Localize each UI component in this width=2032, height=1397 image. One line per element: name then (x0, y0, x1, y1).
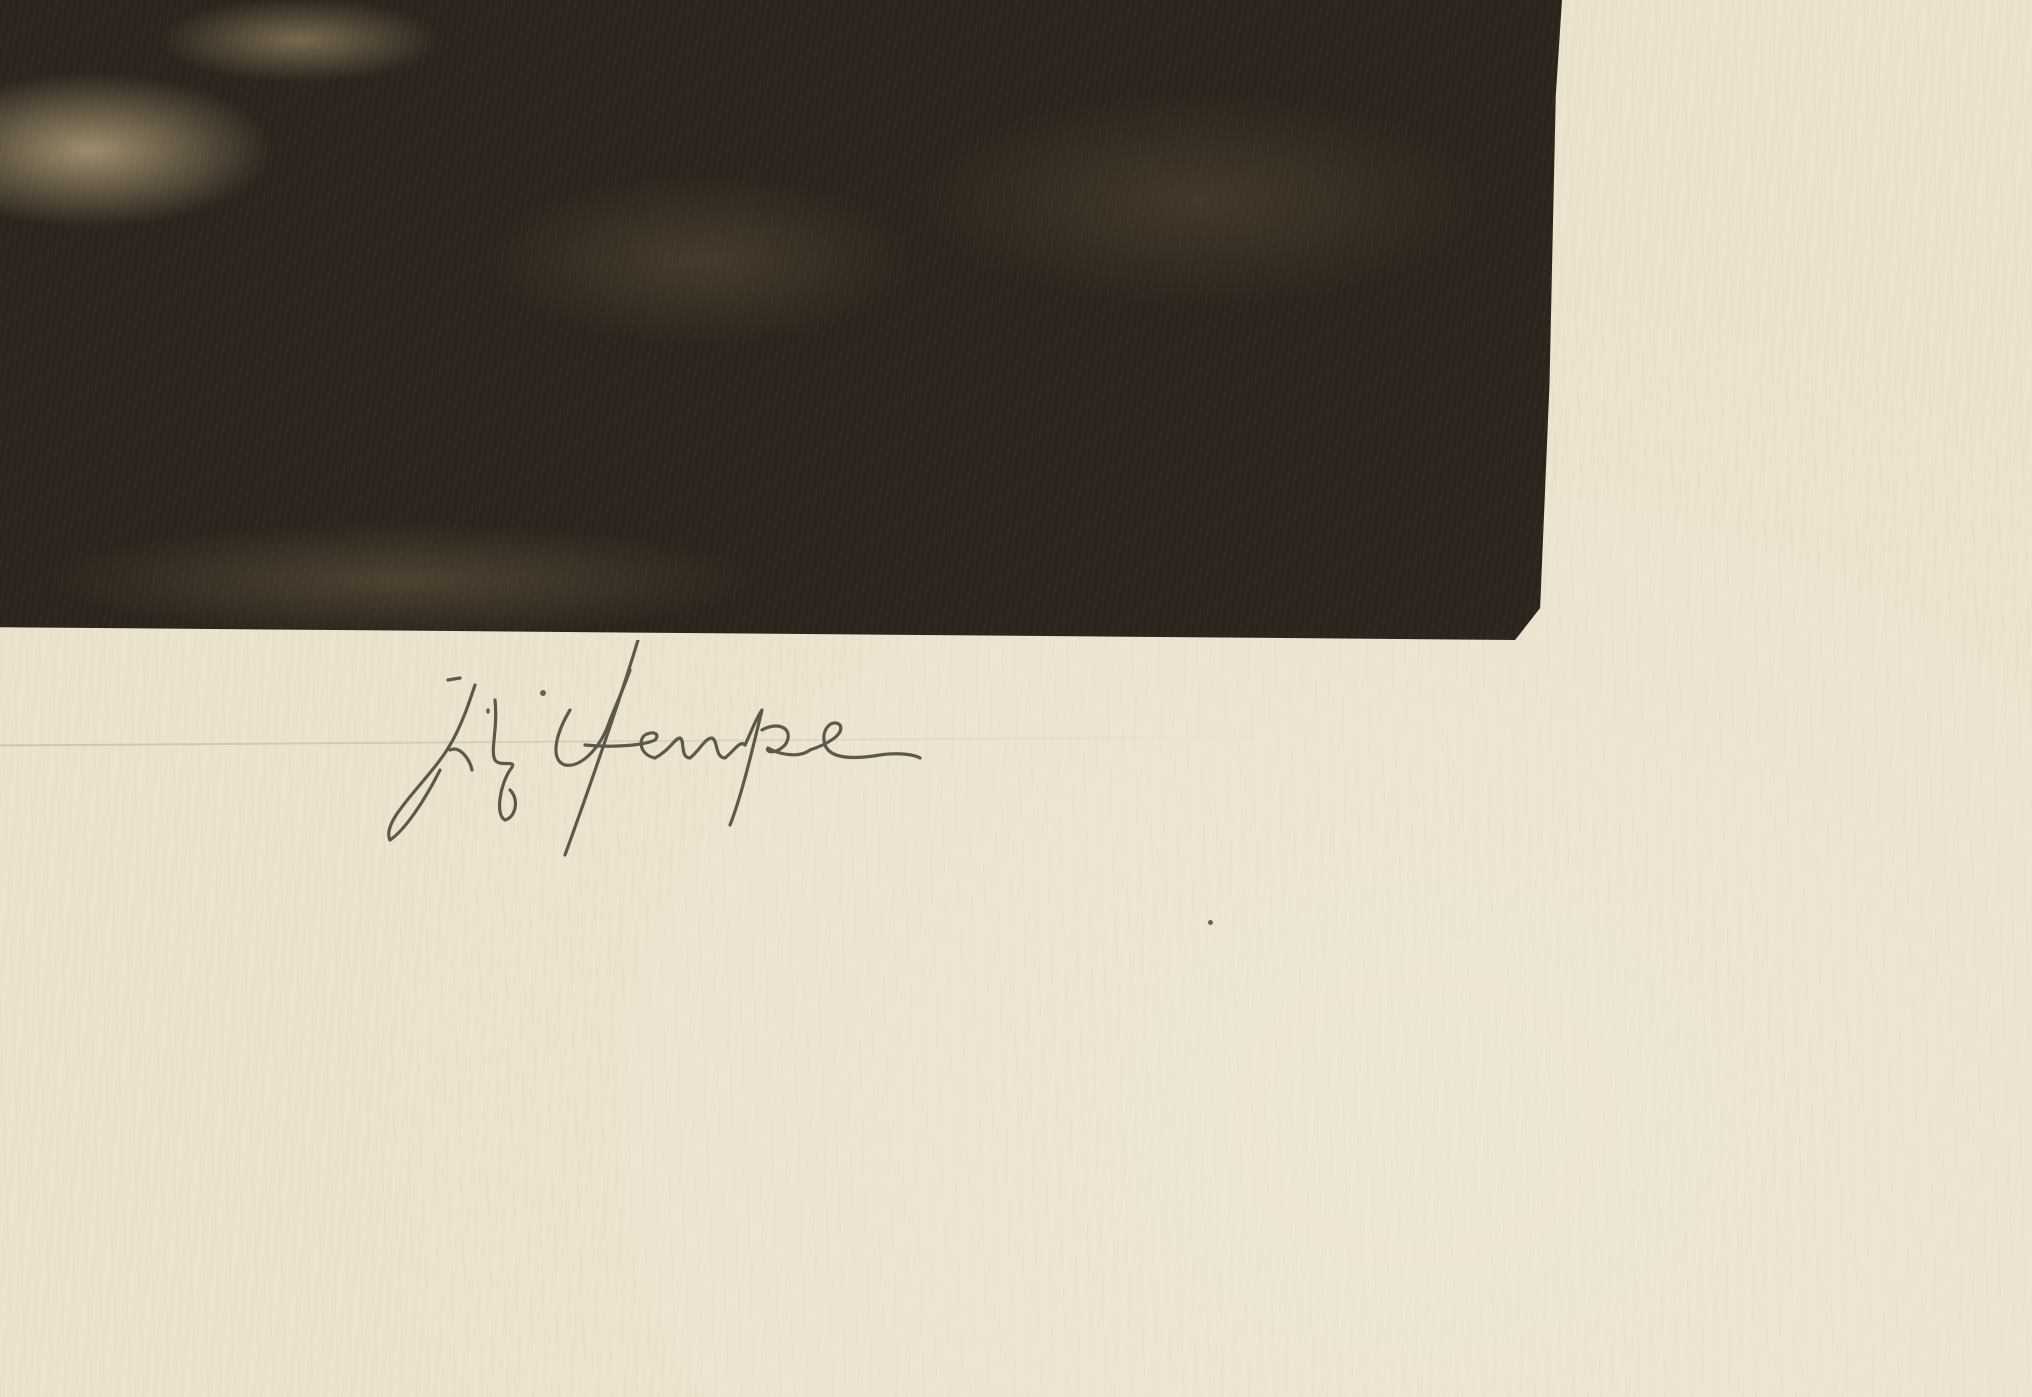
photograph: Fritz Lempe (0, 0, 2032, 1397)
artist-signature: Fritz Lempe (370, 640, 1430, 880)
paper-speck (1208, 920, 1213, 925)
print-image-area (0, 0, 1562, 640)
paper-speck (540, 690, 546, 696)
signature-strokes (370, 640, 1430, 880)
